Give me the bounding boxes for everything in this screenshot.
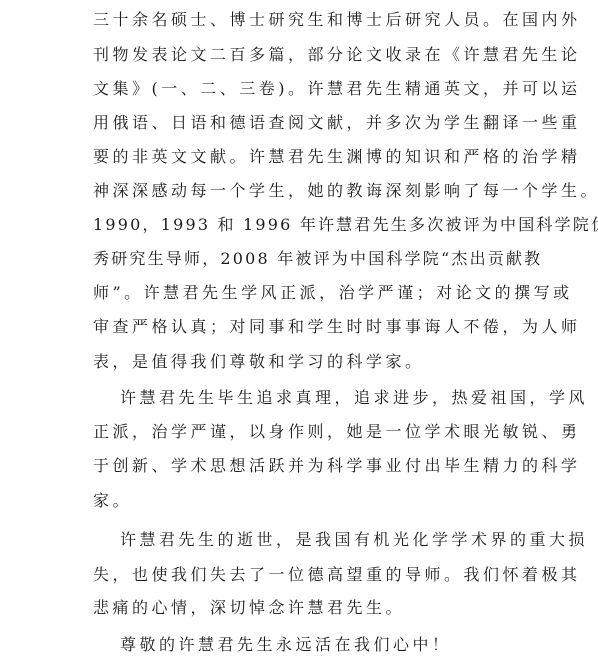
text-line: 悲痛的心情，深切悼念许慧君先生。 <box>93 596 405 620</box>
text-line: 神深深感动每一个学生，她的教诲深刻影响了每一个学生。 <box>93 179 598 203</box>
text-line: 刊物发表论文二百多篇，部分论文收录在《许慧君先生论 <box>93 43 581 67</box>
text-line: 许慧君先生毕生追求真理，追求进步，热爱祖国，学风 <box>120 386 588 410</box>
text-line: 于创新、学术思想活跃并为科学事业付出毕生精力的科学 <box>93 454 581 478</box>
text-line: 审查严格认真；对同事和学生时时事事诲人不倦，为人师 <box>93 315 581 339</box>
text-line: 师”。许慧君先生学风正派，治学严谨；对论文的撰写或 <box>93 281 573 305</box>
text-line: 文集》(一、二、三卷)。许慧君先生精通英文，并可以运 <box>93 77 581 101</box>
text-line: 许慧君先生的逝世，是我国有机光化学学术界的重大损 <box>120 528 588 552</box>
text-line: 三十余名硕士、博士研究生和博士后研究人员。在国内外 <box>93 8 581 32</box>
text-line: 失，也使我们失去了一位德高望重的导师。我们怀着极其 <box>93 563 581 587</box>
closing-line: 尊敬的许慧君先生永远活在我们心中！ <box>120 633 452 657</box>
text-line: 表，是值得我们尊敬和学习的科学家。 <box>93 350 425 374</box>
text-line: 要的非英文文献。许慧君先生渊博的知识和严格的治学精 <box>93 145 581 169</box>
text-line: 用俄语、日语和德语查阅文献，并多次为学生翻译一些重 <box>93 111 581 135</box>
text-line: 正派，治学严谨，以身作则，她是一位学术眼光敏锐、勇 <box>93 420 581 444</box>
text-line: 1990，1993 和 1996 年许慧君先生多次被评为中国科学院优 <box>93 213 598 237</box>
text-line: 秀研究生导师，2008 年被评为中国科学院“杰出贡献教 <box>93 247 542 271</box>
text-line: 家。 <box>93 489 132 513</box>
